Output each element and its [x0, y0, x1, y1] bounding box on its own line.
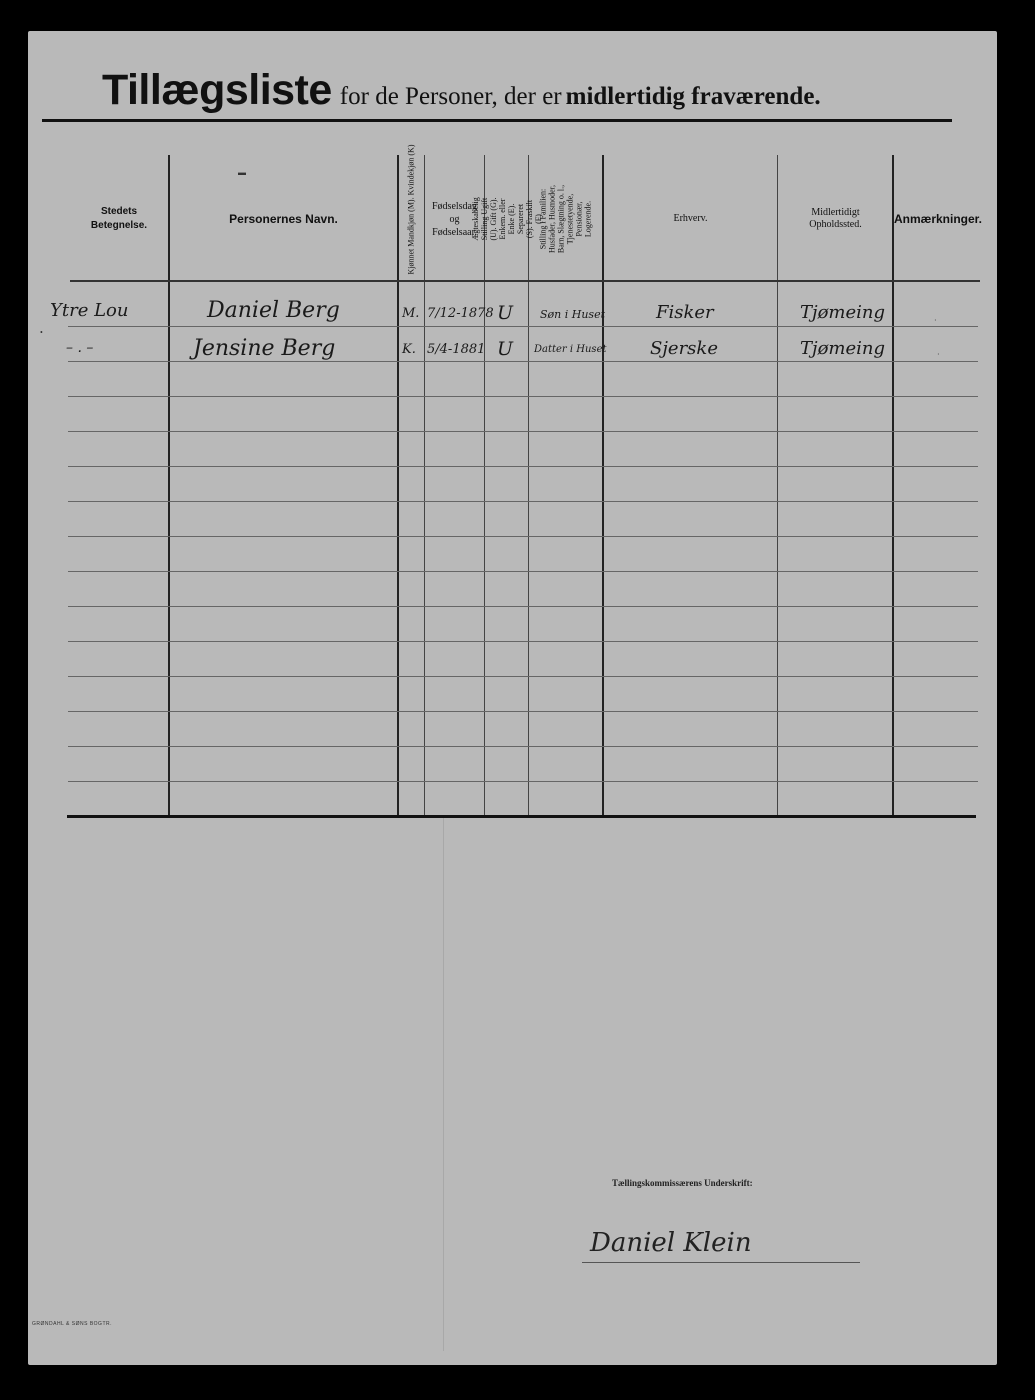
form-title: Tillægslistefor de Personer, der er midl… — [102, 66, 821, 115]
header-egteskabelig-stilling: Ægteskabelig Stilling Ugift (U). Gift (G… — [485, 160, 528, 278]
cell-kjon: M. — [402, 306, 419, 321]
cell-sted: Ytre Lou — [50, 300, 128, 321]
table-bottom-rule — [67, 815, 976, 818]
signature: Daniel Klein — [590, 1228, 752, 1258]
cell-fodsel: 7/12-1878 — [427, 306, 494, 321]
cell-sted: – . – — [66, 340, 93, 356]
row-rule — [68, 781, 978, 782]
ink-dot: · — [937, 350, 940, 359]
header-label: Midlertidigt Opholdssted. — [796, 207, 876, 231]
header-label: Personernes Navn. — [229, 212, 338, 226]
fold-line — [443, 816, 444, 1351]
cell-egteskab: U — [497, 302, 513, 324]
row-rule — [68, 676, 978, 677]
cell-opholdssted: Tjømeing — [800, 338, 885, 359]
cell-fodsel: 5/4-1881 — [427, 342, 485, 357]
header-stilling-i-familien: Stilling i Familien: Husfader, Husmoder,… — [529, 160, 602, 278]
signature-label: Tællingskommissærens Underskrift: — [612, 1178, 753, 1188]
header-stedets-betegnelse: Stedets Betegnelse. — [70, 160, 168, 278]
header-label: Kjønnet Mandkjøn (M). Kvindekjøn (K) — [407, 164, 416, 274]
row-rule — [68, 326, 978, 327]
col-divider — [777, 155, 778, 815]
row-rule — [68, 606, 978, 607]
row-rule — [68, 361, 978, 362]
title-rest-1: for de Personer, der er — [340, 83, 562, 110]
row-rule — [68, 431, 978, 432]
title-rest-2: midlertidig fraværende. — [566, 83, 821, 110]
row-rule — [68, 571, 978, 572]
header-midlertidigt-opholdssted: Midlertidigt Opholdssted. — [779, 160, 892, 278]
header-bottom-rule — [70, 280, 980, 282]
header-personernes-navn: Personernes Navn. — [170, 160, 397, 278]
cell-kjon: K. — [402, 342, 416, 357]
header-label: Stedets Betegnelse. — [89, 205, 149, 233]
row-rule — [68, 466, 978, 467]
ink-dot: • — [40, 328, 43, 337]
cell-familie: Datter i Huset — [534, 344, 607, 355]
row-rule — [68, 501, 978, 502]
row-rule — [68, 641, 978, 642]
header-label: Stilling i Familien: Husfader, Husmoder,… — [539, 183, 593, 256]
cell-erhverv: Fisker — [656, 302, 714, 323]
row-rule — [68, 536, 978, 537]
ink-mark: ▬ — [238, 168, 246, 177]
cell-egteskab: U — [497, 338, 513, 360]
ink-dot: · — [934, 316, 937, 325]
cell-opholdssted: Tjømeing — [800, 302, 885, 323]
cell-erhverv: Sjerske — [650, 338, 718, 359]
header-erhverv: Erhverv. — [604, 160, 777, 278]
cell-familie: Søn i Huset — [540, 308, 605, 321]
row-rule — [68, 711, 978, 712]
header-kjonnet: Kjønnet Mandkjøn (M). Kvindekjøn (K) — [398, 160, 424, 278]
printer-mark: GRØNDAHL & SØNS BOGTR. — [32, 1321, 112, 1327]
header-label: Anmærkninger. — [894, 212, 982, 226]
cell-navn: Daniel Berg — [207, 298, 340, 323]
header-anmaerkninger: Anmærkninger. — [894, 160, 982, 278]
row-rule — [68, 746, 978, 747]
cell-navn: Jensine Berg — [193, 336, 335, 361]
title-main: Tillægsliste — [102, 66, 332, 114]
row-rule — [68, 396, 978, 397]
header-label: Erhverv. — [673, 213, 707, 225]
signature-line — [582, 1262, 860, 1263]
table-top-rule — [42, 119, 952, 122]
